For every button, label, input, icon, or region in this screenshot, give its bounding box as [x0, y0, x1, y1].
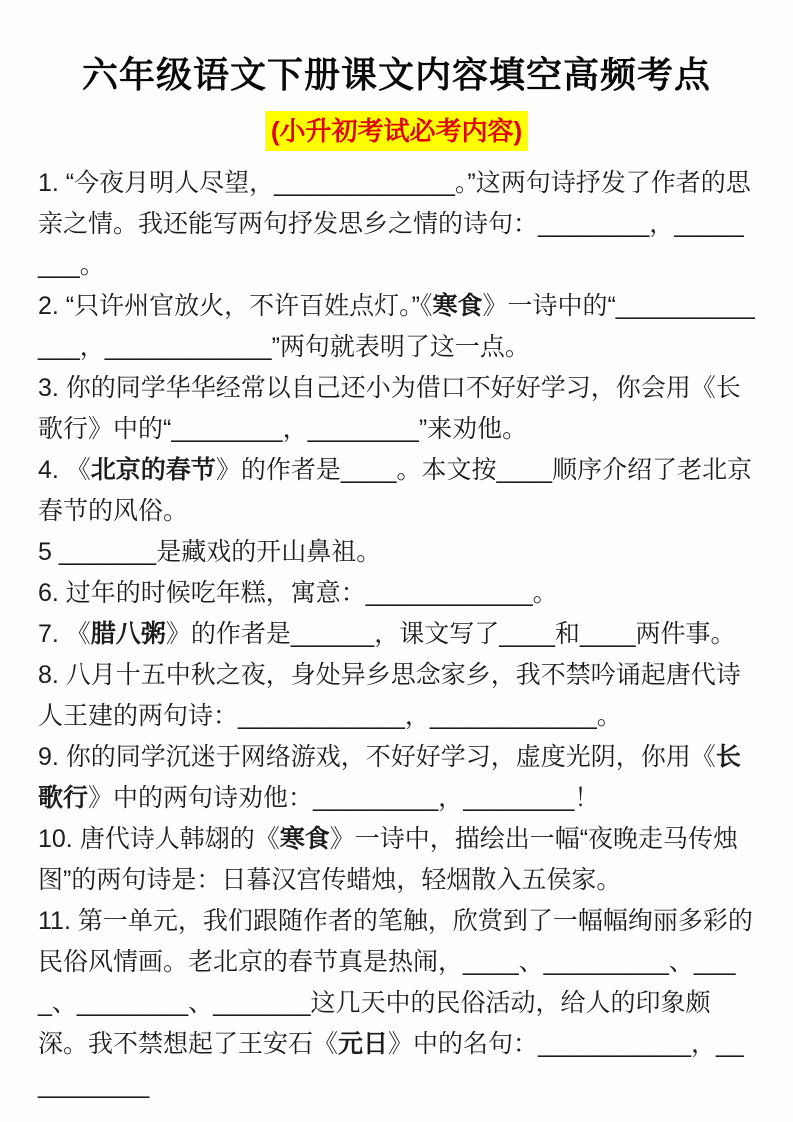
question-text: ，	[691, 1030, 716, 1058]
fill-blank: ________	[77, 989, 188, 1017]
book-title-bold: 腊八粥	[91, 620, 166, 648]
question-text: 是藏戏的开山鼻祖。	[156, 538, 381, 566]
question-text: 、	[188, 989, 213, 1017]
book-title-bold: 元日	[338, 1030, 388, 1058]
question-text: 。	[597, 702, 622, 730]
question-8: 8. 八月十五中秋之夜，身处异乡思念家乡，我不禁吟诵起唐代诗人王建的两句诗：__…	[38, 655, 757, 737]
fill-blank: ____	[580, 620, 636, 648]
book-title-bold: 北京的春节	[91, 456, 216, 484]
question-1: 1. “今夜月明人尽望，_____________。”这两句诗抒发了作者的思亲之…	[38, 163, 757, 286]
fill-blank: ________	[463, 784, 574, 812]
question-7: 7. 《腊八粥》的作者是______，课文写了____和____两件事。	[38, 614, 757, 655]
question-text: 1. “今夜月明人尽望，	[38, 169, 274, 197]
question-4: 4. 《北京的春节》的作者是____。本文按____顺序介绍了老北京春节的风俗。	[38, 450, 757, 532]
question-text: 》中的名句：	[388, 1030, 538, 1058]
questions: 1. “今夜月明人尽望，_____________。”这两句诗抒发了作者的思亲之…	[38, 163, 757, 1106]
book-title-bold: 寒食	[432, 292, 482, 320]
question-text: 4. 《	[38, 456, 91, 484]
question-6: 6. 过年的时候吃年糕，寓意：____________。	[38, 573, 757, 614]
fill-blank: ________	[308, 415, 419, 443]
fill-blank: ________	[171, 415, 282, 443]
question-text: 、	[669, 948, 694, 976]
fill-blank: _______	[59, 538, 156, 566]
question-text: 。本文按	[396, 456, 496, 484]
question-text: 5	[38, 538, 59, 566]
fill-blank: ____________	[105, 333, 272, 361]
page-title: 六年级语文下册课文内容填空高频考点	[0, 0, 793, 98]
question-text: 和	[555, 620, 580, 648]
question-text: 9. 你的同学沉迷于网络游戏，不好好学习，虚度光阴，你用《	[38, 743, 716, 771]
question-text: 10. 唐代诗人韩翃的《	[38, 825, 280, 853]
book-title-bold: 寒食	[280, 825, 330, 853]
fill-blank: _______	[213, 989, 310, 1017]
question-3: 3. 你的同学华华经常以自己还小为借口不好好学习，你会用《长歌行》中的“____…	[38, 368, 757, 450]
question-text: 2. “只许州官放火，不许百姓点灯。”《	[38, 292, 432, 320]
question-text: ，课文写了	[374, 620, 499, 648]
question-text: 》中的两句诗劝他：	[88, 784, 313, 812]
fill-blank: ____	[496, 456, 552, 484]
question-text: 7. 《	[38, 620, 91, 648]
fill-blank: ______	[291, 620, 374, 648]
question-text: ，	[283, 415, 308, 443]
question-text: 》的作者是	[166, 620, 291, 648]
fill-blank: ___________	[538, 1030, 691, 1058]
fill-blank: ____	[499, 620, 555, 648]
subtitle-row: (小升初考试必考内容)	[0, 111, 793, 151]
question-9: 9. 你的同学沉迷于网络游戏，不好好学习，虚度光阴，你用《长歌行》中的两句诗劝他…	[38, 737, 757, 819]
question-text: 。	[533, 579, 558, 607]
fill-blank: ____________	[430, 702, 597, 730]
fill-blank: _________	[313, 784, 438, 812]
fill-blank: ____________	[238, 702, 405, 730]
fill-blank: _____________	[274, 169, 455, 197]
question-text: 》的作者是	[216, 456, 341, 484]
question-text: ！	[574, 784, 599, 812]
question-text: 两件事。	[636, 620, 736, 648]
question-text: ，	[80, 333, 105, 361]
question-text: 。	[80, 251, 105, 279]
subtitle-highlight: (小升初考试必考内容)	[265, 111, 528, 151]
question-text: ”来劝他。	[419, 415, 527, 443]
fill-blank: ____	[463, 948, 519, 976]
question-10: 10. 唐代诗人韩翃的《寒食》一诗中，描绘出一幅“夜晚走马传烛图”的两句诗是：日…	[38, 819, 757, 901]
question-text: 、	[52, 989, 77, 1017]
question-text: ，	[438, 784, 463, 812]
worksheet-page: 六年级语文下册课文内容填空高频考点 (小升初考试必考内容) 1. “今夜月明人尽…	[0, 0, 793, 1122]
question-text: ”两句就表明了这一点。	[272, 333, 530, 361]
question-text: 》一诗中的“	[482, 292, 615, 320]
fill-blank: ________	[538, 210, 649, 238]
question-text: 、	[519, 948, 544, 976]
question-2: 2. “只许州官放火，不许百姓点灯。”《寒食》一诗中的“____________…	[38, 286, 757, 368]
fill-blank: ____	[341, 456, 397, 484]
fill-blank: _________	[544, 948, 669, 976]
question-text: ，	[405, 702, 430, 730]
question-11: 11. 第一单元，我们跟随作者的笔触，欣赏到了一幅幅绚丽多彩的民俗风情画。老北京…	[38, 901, 757, 1106]
question-text: ，	[649, 210, 674, 238]
fill-blank: ____________	[366, 579, 533, 607]
question-text: 6. 过年的时候吃年糕，寓意：	[38, 579, 366, 607]
question-5: 5 _______是藏戏的开山鼻祖。	[38, 532, 757, 573]
